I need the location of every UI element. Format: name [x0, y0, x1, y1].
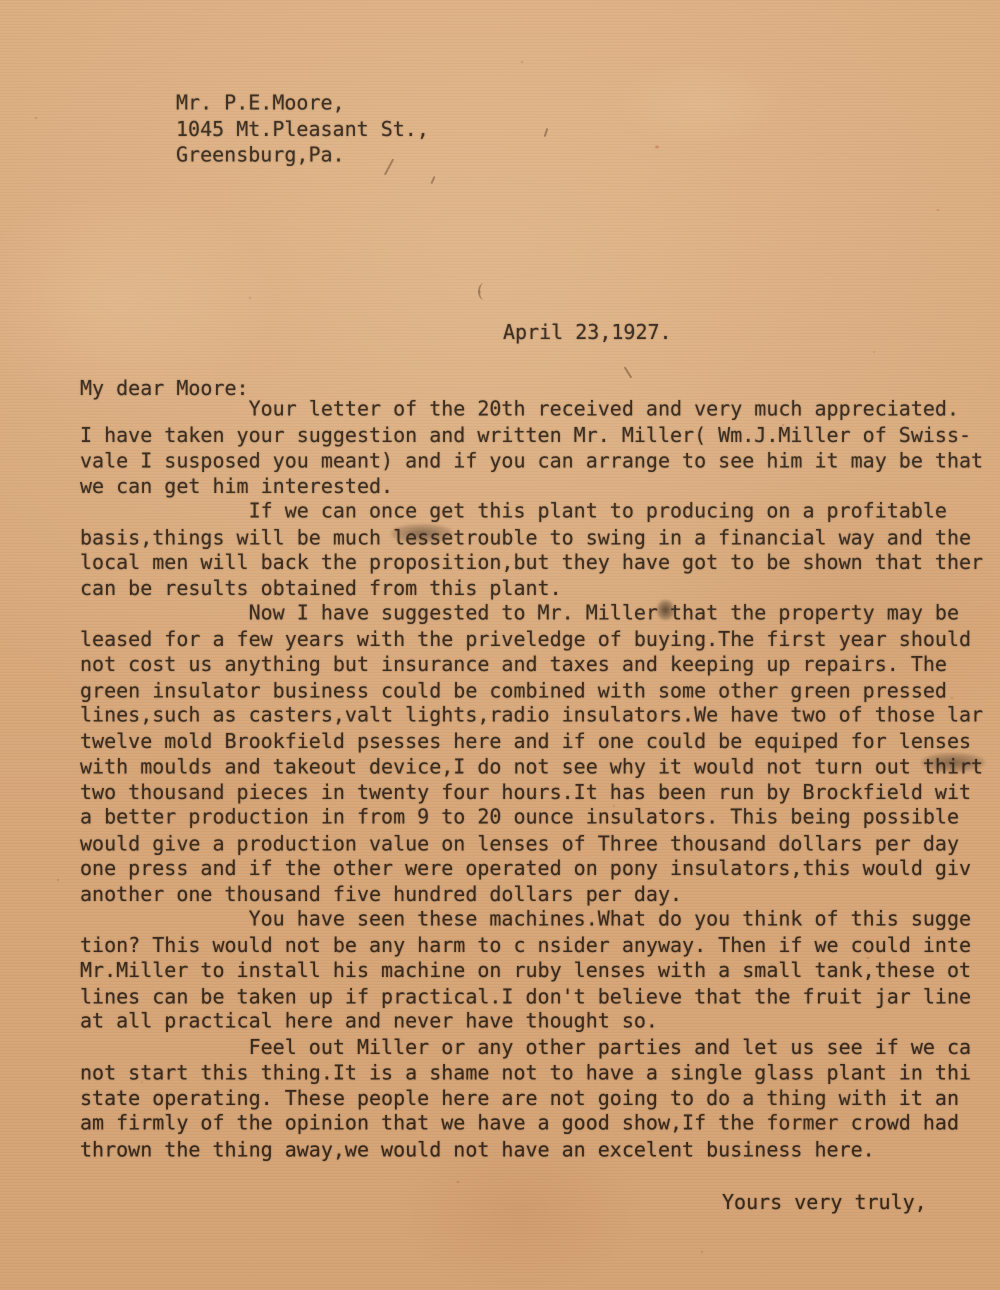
letter-line: state operating. These people here are n…: [80, 1086, 983, 1112]
letter-line: twelve mold Brookfield psesses here and …: [80, 729, 983, 755]
date-line: April 23,1927.: [503, 320, 672, 346]
letter-line: I have taken your suggestion and written…: [80, 423, 983, 449]
letter-line: local men will back the proposition,but …: [80, 550, 983, 576]
letter-line: with moulds and takeout device,I do not …: [80, 755, 983, 781]
paper-stray-mark: [544, 128, 549, 137]
recipient-line: 1045 Mt.Pleasant St.,: [176, 116, 429, 142]
recipient-address: Mr. P.E.Moore,1045 Mt.Pleasant St.,Green…: [176, 90, 429, 167]
letter-line: lines can be taken up if practical.I don…: [80, 984, 983, 1010]
letter-line: lines,such as casters,valt lights,radio …: [80, 703, 983, 729]
letter-line: another one thousand five hundred dollar…: [80, 882, 983, 908]
letter-line: we can get him interested.: [80, 474, 983, 500]
letter-line: If we can once get this plant to produci…: [80, 499, 983, 524]
letter-page: Mr. P.E.Moore,1045 Mt.Pleasant St.,Green…: [0, 0, 1000, 1290]
letter-line: am firmly of the opinion that we have a …: [80, 1111, 983, 1137]
letter-line: thrown the thing away,we would not have …: [80, 1137, 983, 1163]
letter-body: Your letter of the 20th received and ver…: [80, 397, 983, 1162]
letter-line: not cost us anything but insurance and t…: [80, 652, 983, 678]
letter-line: basis,things will be much lessetrouble t…: [80, 525, 983, 551]
letter-line: Feel out Miller or any other parties and…: [80, 1035, 983, 1061]
letter-line: a better production in from 9 to 20 ounc…: [80, 805, 983, 831]
letter-line: vale I susposed you meant) and if you ca…: [80, 449, 983, 475]
letter-line: Mr.Miller to install his machine on ruby…: [80, 958, 983, 984]
paper-stray-mark: [430, 176, 435, 184]
letter-line: one press and if the other were operated…: [80, 856, 983, 882]
letter-line: not start this thing.It is a shame not t…: [80, 1061, 983, 1087]
letter-line: green insulator business could be combin…: [80, 678, 983, 704]
letter-line: at all practical here and never have tho…: [80, 1009, 983, 1035]
paper-stray-mark: [478, 283, 490, 300]
letter-line: tion? This would not be any harm to c ns…: [80, 933, 983, 959]
letter-line: leased for a few years with the priveled…: [80, 627, 983, 653]
letter-line: two thousand pieces in twenty four hours…: [80, 780, 983, 806]
recipient-line: Greensburg,Pa.: [176, 142, 429, 168]
letter-line: Now I have suggested to Mr. Miller that …: [80, 601, 983, 627]
closing: Yours very truly,: [722, 1190, 927, 1216]
recipient-line: Mr. P.E.Moore,: [176, 90, 429, 116]
letter-line: can be results obtained from this plant.: [80, 576, 983, 602]
letter-line: would give a production value on lenses …: [80, 831, 983, 857]
letter-line: You have seen these machines.What do you…: [80, 907, 983, 933]
paper-stray-mark: [624, 366, 633, 378]
letter-line: Your letter of the 20th received and ver…: [80, 397, 983, 423]
